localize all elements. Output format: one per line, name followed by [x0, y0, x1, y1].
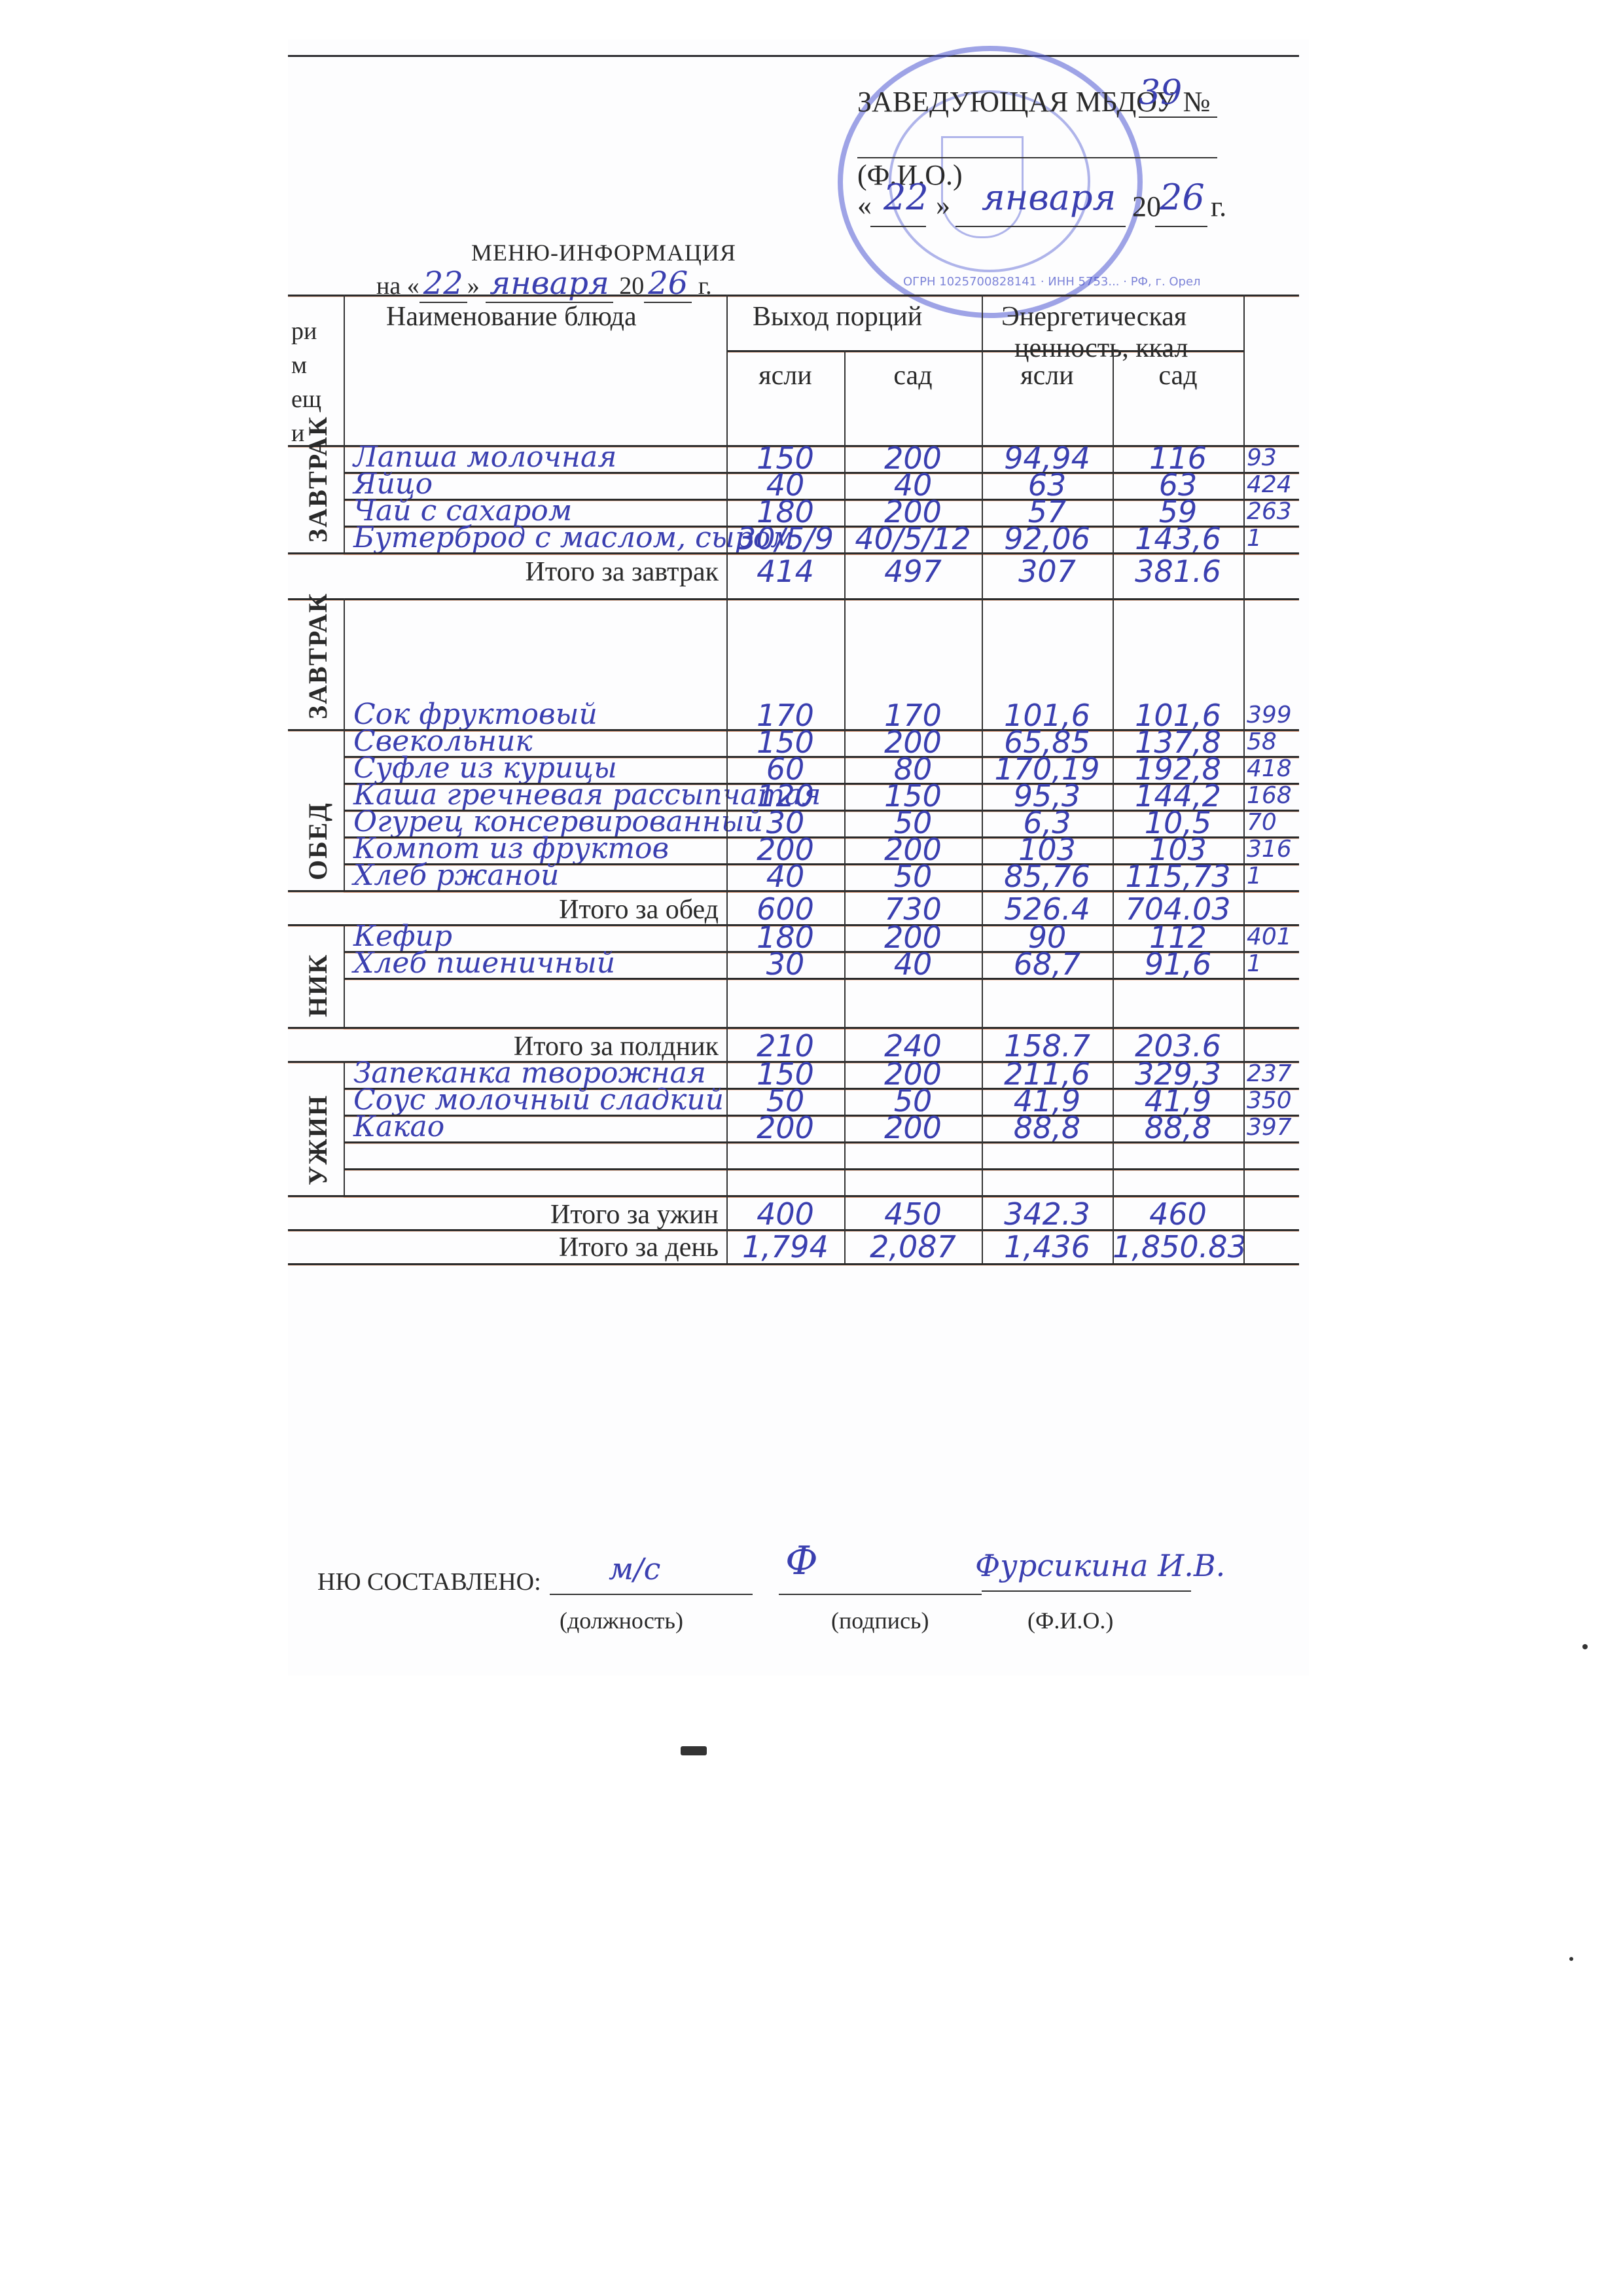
cell-portion-nursery: 30	[726, 946, 844, 982]
caption-fio: (Ф.И.О.)	[1027, 1607, 1113, 1634]
recipe-number: 316	[1247, 836, 1292, 863]
cell-kcal-garden: 115,73	[1113, 859, 1243, 894]
recipe-number: 424	[1247, 471, 1292, 498]
cell-kcal-garden: 143,6	[1113, 521, 1243, 556]
cell-kcal-nursery: 88,8	[982, 1110, 1113, 1145]
composed-by-label: НЮ СОСТАВЛЕНО:	[317, 1568, 541, 1596]
recipe-number: 401	[1247, 924, 1292, 950]
col-subheader-garden: сад	[844, 360, 982, 391]
fio-line	[982, 1590, 1191, 1592]
caption-signature: (подпись)	[831, 1607, 929, 1634]
section-label: ЗАВТРАК	[302, 416, 333, 543]
approval-month-line	[955, 226, 1126, 227]
table-column-rule	[344, 729, 345, 890]
table-rule	[344, 978, 1299, 980]
scan-speck	[1582, 1644, 1588, 1649]
document-title: МЕНЮ-ИНФОРМАЦИЯ	[471, 239, 736, 266]
scan-speck	[681, 1746, 707, 1755]
approval-year-suffix: 26	[1160, 177, 1205, 218]
stamp-text: ОГРН 1025700828141 · ИНН 5753... · РФ, г…	[903, 275, 1201, 289]
table-column-rule	[1113, 350, 1114, 1263]
dish-name: Хлеб ржаной	[353, 859, 559, 892]
table-column-rule	[344, 445, 345, 552]
caption-position: (должность)	[560, 1607, 683, 1634]
col-header-energy-unit: ценность, ккал	[1014, 332, 1188, 364]
total-label: Итого за ужин	[288, 1199, 719, 1230]
total-portion-garden: 450	[844, 1196, 982, 1232]
section-label: УЖИН	[302, 1094, 333, 1185]
table-column-rule	[344, 1061, 345, 1195]
table-column-rule	[344, 598, 345, 729]
composed-position-value: м/с	[609, 1551, 660, 1587]
page-top-rule	[288, 55, 1299, 57]
cell-kcal-nursery: 92,06	[982, 521, 1113, 556]
cell-portion-garden: 40	[844, 946, 982, 982]
approval-institution-number: 39	[1139, 73, 1182, 113]
recipe-number: 93	[1247, 444, 1277, 471]
recipe-number: 237	[1247, 1060, 1292, 1087]
section-label: ЗАВТРАК	[302, 592, 333, 719]
recipe-number: 1	[1247, 863, 1262, 889]
section-label: НИК	[302, 954, 333, 1017]
dish-name: Какао	[353, 1110, 444, 1143]
approval-day: 22	[883, 177, 929, 218]
approval-year-g: г.	[1211, 190, 1226, 223]
total-kcal-nursery: 307	[982, 554, 1113, 589]
position-line	[550, 1594, 753, 1595]
cell-portion-nursery: 30/5/9	[726, 521, 844, 556]
recipe-number: 418	[1247, 755, 1292, 782]
recipe-number: 263	[1247, 498, 1292, 525]
document-date: на «22» января 2026 г.	[376, 265, 712, 303]
cell-kcal-nursery: 85,76	[982, 859, 1113, 894]
approval-year-line	[1155, 226, 1207, 227]
section-label: ОБЕД	[302, 802, 333, 880]
table-column-rule	[726, 295, 728, 1263]
day-total-kcal-garden: 1,850.83	[1113, 1229, 1243, 1265]
recipe-number: 58	[1247, 728, 1277, 755]
recipe-number: 168	[1247, 782, 1292, 809]
cell-portion-garden: 40/5/12	[844, 521, 982, 556]
cell-kcal-garden: 88,8	[1113, 1110, 1243, 1145]
approval-number-line	[1139, 117, 1217, 118]
col-header-portion: Выход порций	[753, 301, 922, 332]
dish-name: Хлеб пшеничный	[353, 946, 615, 980]
approval-date-close: »	[936, 188, 950, 222]
total-kcal-nursery: 342.3	[982, 1196, 1113, 1232]
col-subheader-garden: сад	[1113, 360, 1243, 391]
table-column-rule	[1243, 295, 1245, 1263]
recipe-number: 397	[1247, 1114, 1292, 1141]
col-header-dish: Наименование блюда	[386, 301, 637, 332]
scan-speck	[1569, 1957, 1573, 1961]
composed-signature: Ф	[785, 1538, 818, 1584]
table-rule	[288, 598, 1299, 600]
table-column-rule	[982, 295, 983, 1263]
day-total-portion-garden: 2,087	[844, 1229, 982, 1265]
col-subheader-nursery: ясли	[982, 360, 1113, 391]
table-column-rule	[344, 924, 345, 1027]
recipe-number: 350	[1247, 1087, 1292, 1114]
recipe-number: 70	[1247, 809, 1277, 836]
cell-kcal-nursery: 68,7	[982, 946, 1113, 982]
total-portion-nursery: 400	[726, 1196, 844, 1232]
approval-date-open: «	[857, 188, 872, 222]
approval-year-prefix: 20	[1132, 190, 1161, 223]
table-rule	[344, 1168, 1299, 1170]
recipe-number: 399	[1247, 702, 1292, 728]
signature-line	[779, 1594, 982, 1595]
cell-portion-garden: 200	[844, 1110, 982, 1145]
total-portion-nursery: 414	[726, 554, 844, 589]
recipe-number: 1	[1247, 950, 1262, 977]
composed-fio-value: Фурсикина И.В.	[975, 1548, 1225, 1583]
cell-portion-nursery: 200	[726, 1110, 844, 1145]
table-rule	[288, 1263, 1299, 1265]
col-subheader-nursery: ясли	[726, 360, 844, 391]
col-header-energy: Энергетическая	[1001, 301, 1186, 332]
approval-day-line	[870, 226, 926, 227]
recipe-number: 1	[1247, 525, 1262, 552]
date-month: января	[486, 265, 613, 303]
approval-month: января	[982, 177, 1116, 218]
day-total-kcal-nursery: 1,436	[982, 1229, 1113, 1265]
table-column-rule	[344, 295, 345, 445]
cell-portion-garden: 50	[844, 859, 982, 894]
cell-portion-nursery: 40	[726, 859, 844, 894]
cell-kcal-garden: 91,6	[1113, 946, 1243, 982]
total-portion-garden: 497	[844, 554, 982, 589]
total-label: Итого за обед	[288, 894, 719, 925]
table-column-rule	[844, 350, 846, 1263]
total-kcal-garden: 460	[1113, 1196, 1243, 1232]
day-total-portion-nursery: 1,794	[726, 1229, 844, 1265]
table-rule	[288, 295, 1299, 296]
date-day: 22	[419, 265, 467, 303]
total-label: Итого за завтрак	[288, 556, 719, 588]
table-rule	[344, 1141, 1299, 1143]
total-kcal-garden: 381.6	[1113, 554, 1243, 589]
day-total-label: Итого за день	[288, 1232, 719, 1263]
date-year-suffix: 26	[644, 265, 692, 303]
